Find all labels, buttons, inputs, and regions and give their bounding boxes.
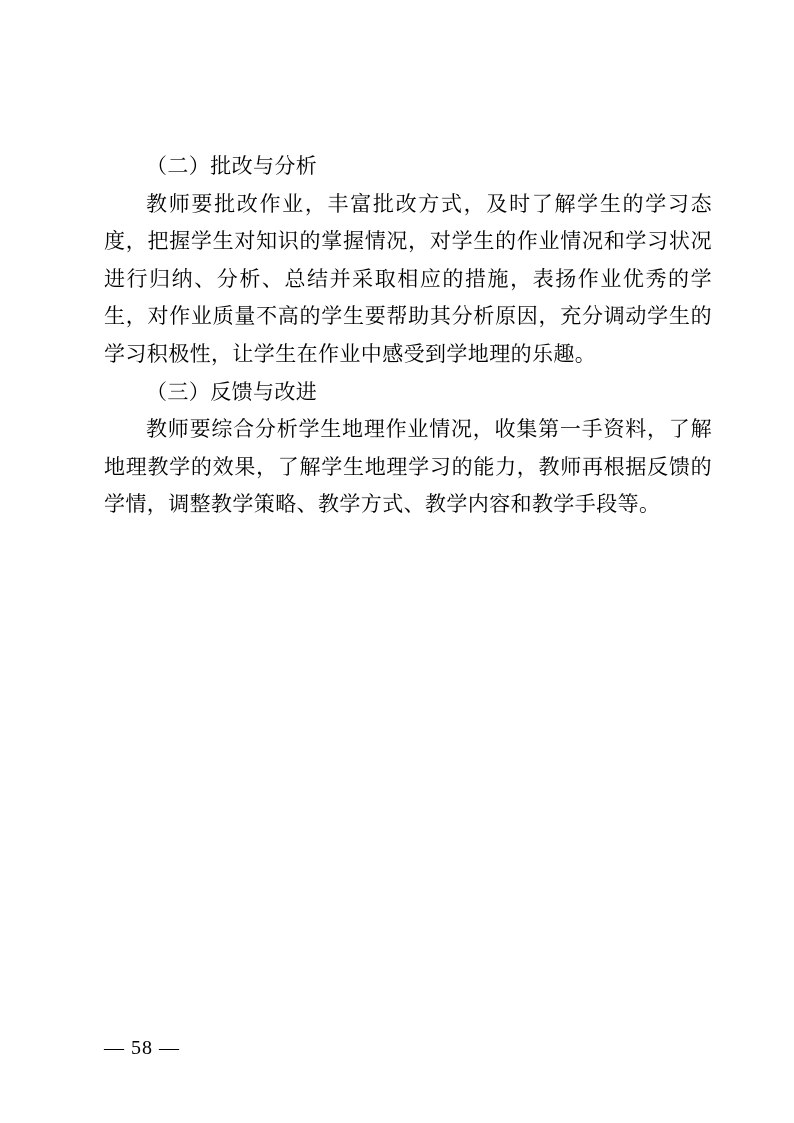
document-page: （二）批改与分析 教师要批改作业，丰富批改方式，及时了解学生的学习态度，把握学生…: [0, 0, 794, 1123]
section-heading-feedback-improvement: （三）反馈与改进: [104, 374, 712, 412]
section-body-correction-analysis: 教师要批改作业，丰富批改方式，及时了解学生的学习态度，把握学生对知识的掌握情况，…: [104, 186, 712, 374]
section-heading-correction-analysis: （二）批改与分析: [104, 148, 712, 186]
page-number: — 58 —: [104, 1036, 180, 1060]
page-content: （二）批改与分析 教师要批改作业，丰富批改方式，及时了解学生的学习态度，把握学生…: [104, 148, 712, 524]
section-body-feedback-improvement: 教师要综合分析学生地理作业情况，收集第一手资料，了解地理教学的效果，了解学生地理…: [104, 411, 712, 524]
